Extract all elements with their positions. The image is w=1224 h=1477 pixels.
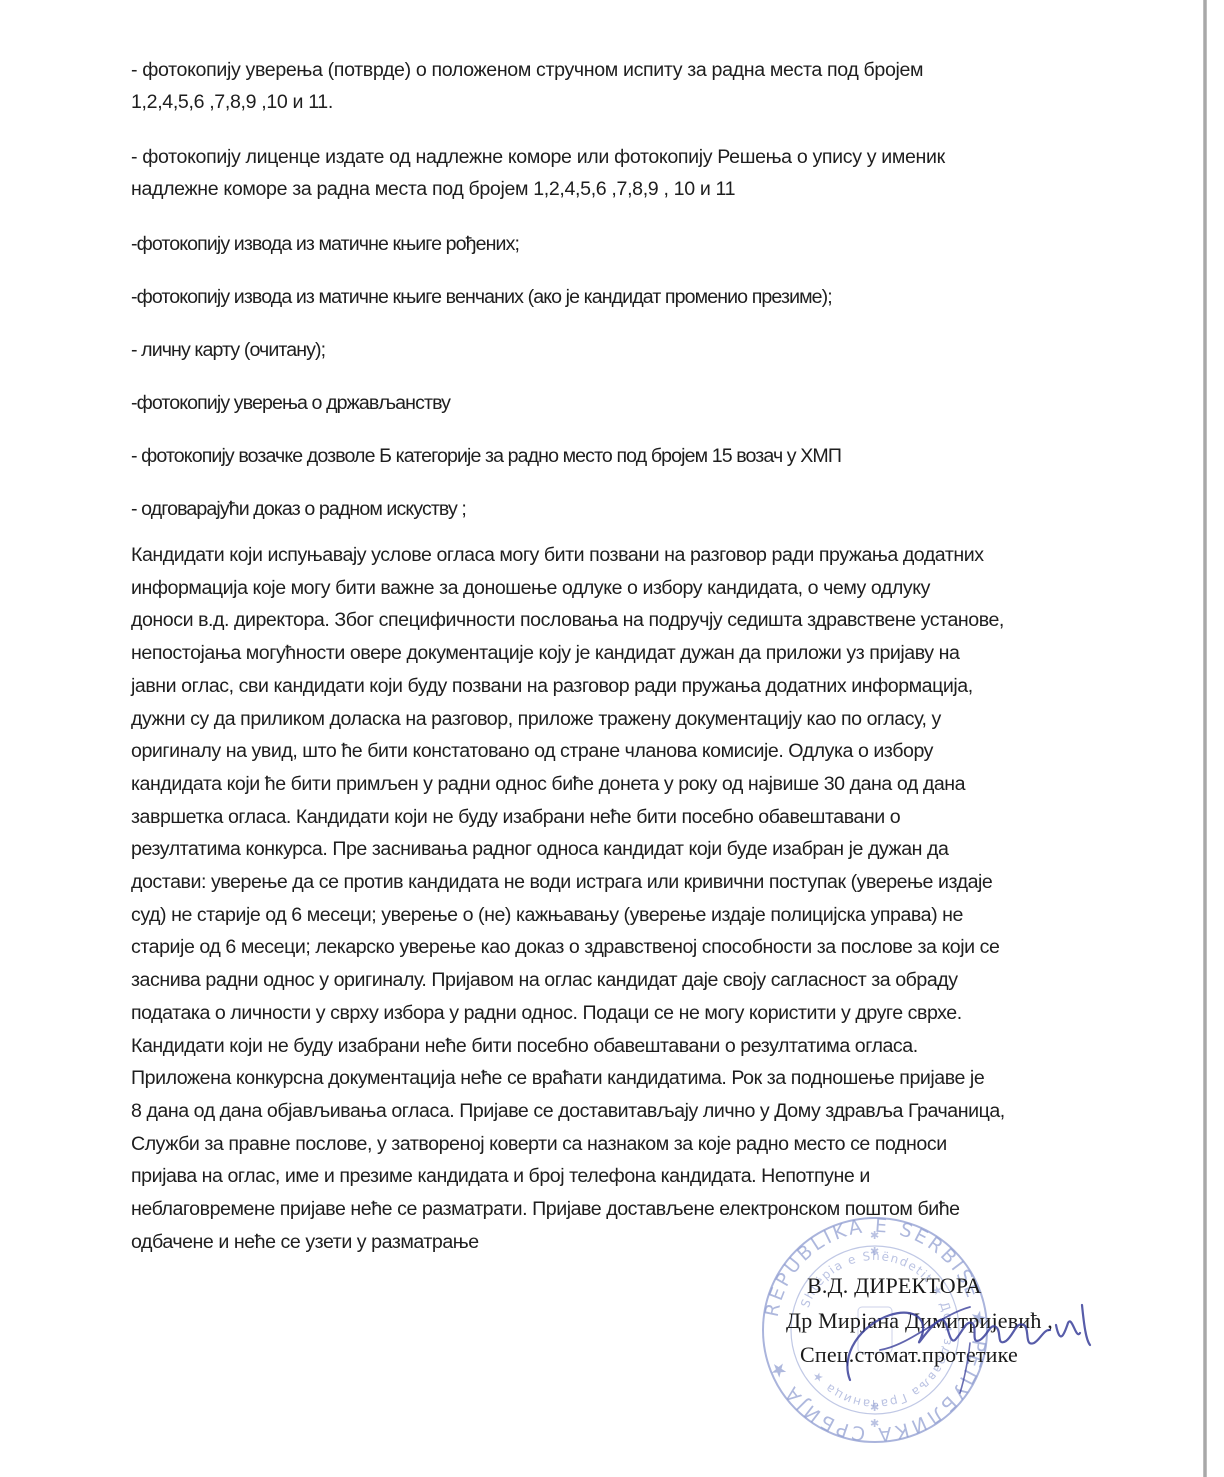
list-item-marriage-certificate: -фотокопију извода из матичне књиге венч…	[131, 281, 1131, 313]
list-item-line: 1,2,4,5,6 ,7,8,9 ,10 и 11.	[131, 86, 1131, 118]
paragraph-line: дужни су да приликом доласка на разговор…	[131, 703, 1131, 736]
paragraph-line: завршетка огласа. Кандидати који не буду…	[131, 801, 1131, 834]
list-item-work-experience: - одговарајући доказ о радном искуству ;	[131, 493, 1131, 525]
paragraph-line: доноси в.д. директора. Због специфичност…	[131, 604, 1131, 637]
paragraph-line: Кандидати који не буду изабрани неће бит…	[131, 1030, 1131, 1063]
svg-text:✱: ✱	[870, 1417, 879, 1430]
list-item-line: надлежне коморе за радна места под броје…	[131, 173, 1131, 205]
paragraph-line: суд) не старије од 6 месеци; уверење о (…	[131, 899, 1131, 932]
paragraph-line: заснива радни однос у оригиналу. Пријаво…	[131, 964, 1131, 997]
paragraph-line: Служби за правне послове, у затвореној к…	[131, 1128, 1131, 1161]
list-item-license: - фотокопију лиценце издате од надлежне …	[131, 141, 1131, 205]
paragraph-line: Кандидати који испуњавају услове огласа …	[131, 539, 1131, 572]
svg-text:✱: ✱	[870, 1229, 879, 1242]
list-item-line: - фотокопију уверења (потврде) о положен…	[131, 54, 1131, 86]
list-item-citizenship: -фотокопију уверења о држављанству	[131, 387, 1131, 419]
paragraph-line: оригиналу на увид, што ће бити констатов…	[131, 735, 1131, 768]
list-item-birth-certificate: -фотокопију извода из матичне књиге рође…	[131, 228, 1131, 260]
svg-text:✱: ✱	[870, 1245, 879, 1258]
paragraph-line: информација које могу бити важне за доно…	[131, 572, 1131, 605]
paragraph-line: кандидата који ће бити примљен у радни о…	[131, 768, 1131, 801]
paragraph-line: 8 дана од дана објављивања огласа. Прија…	[131, 1095, 1131, 1128]
paragraph-line: Приложена конкурсна документација неће с…	[131, 1062, 1131, 1095]
list-item-line: - фотокопију лиценце издате од надлежне …	[131, 141, 1131, 173]
handwritten-signature-icon	[820, 1285, 1120, 1395]
svg-text:✱: ✱	[870, 1401, 879, 1414]
list-item-id-card: - личну карту (очитану);	[131, 334, 1131, 366]
paragraph-line: достави: уверење да се против кандидата …	[131, 866, 1131, 899]
paragraph-line: података о личности у сврху избора у рад…	[131, 997, 1131, 1030]
list-item-professional-exam: - фотокопију уверења (потврде) о положен…	[131, 54, 1131, 118]
body-paragraph: Кандидати који испуњавају услове огласа …	[131, 539, 1131, 1258]
paragraph-line: пријава на оглас, име и презиме кандидат…	[131, 1160, 1131, 1193]
paragraph-line: јавни оглас, сви кандидати који буду поз…	[131, 670, 1131, 703]
paragraph-line: резултатима конкурса. Пре заснивања радн…	[131, 833, 1131, 866]
page-edge	[1203, 0, 1207, 1477]
signature-block: REPUBLIKA E SERBISE ★ РЕПУБЛИКА СРБИЈА ★…	[760, 1215, 1140, 1455]
required-documents-list: - фотокопију уверења (потврде) о положен…	[131, 54, 1131, 525]
paragraph-line: старије од 6 месеци; лекарско уверење ка…	[131, 931, 1131, 964]
list-item-drivers-license: - фотокопију возачке дозволе Б категориј…	[131, 440, 1131, 472]
paragraph-line: непостојања могућности овере документаци…	[131, 637, 1131, 670]
